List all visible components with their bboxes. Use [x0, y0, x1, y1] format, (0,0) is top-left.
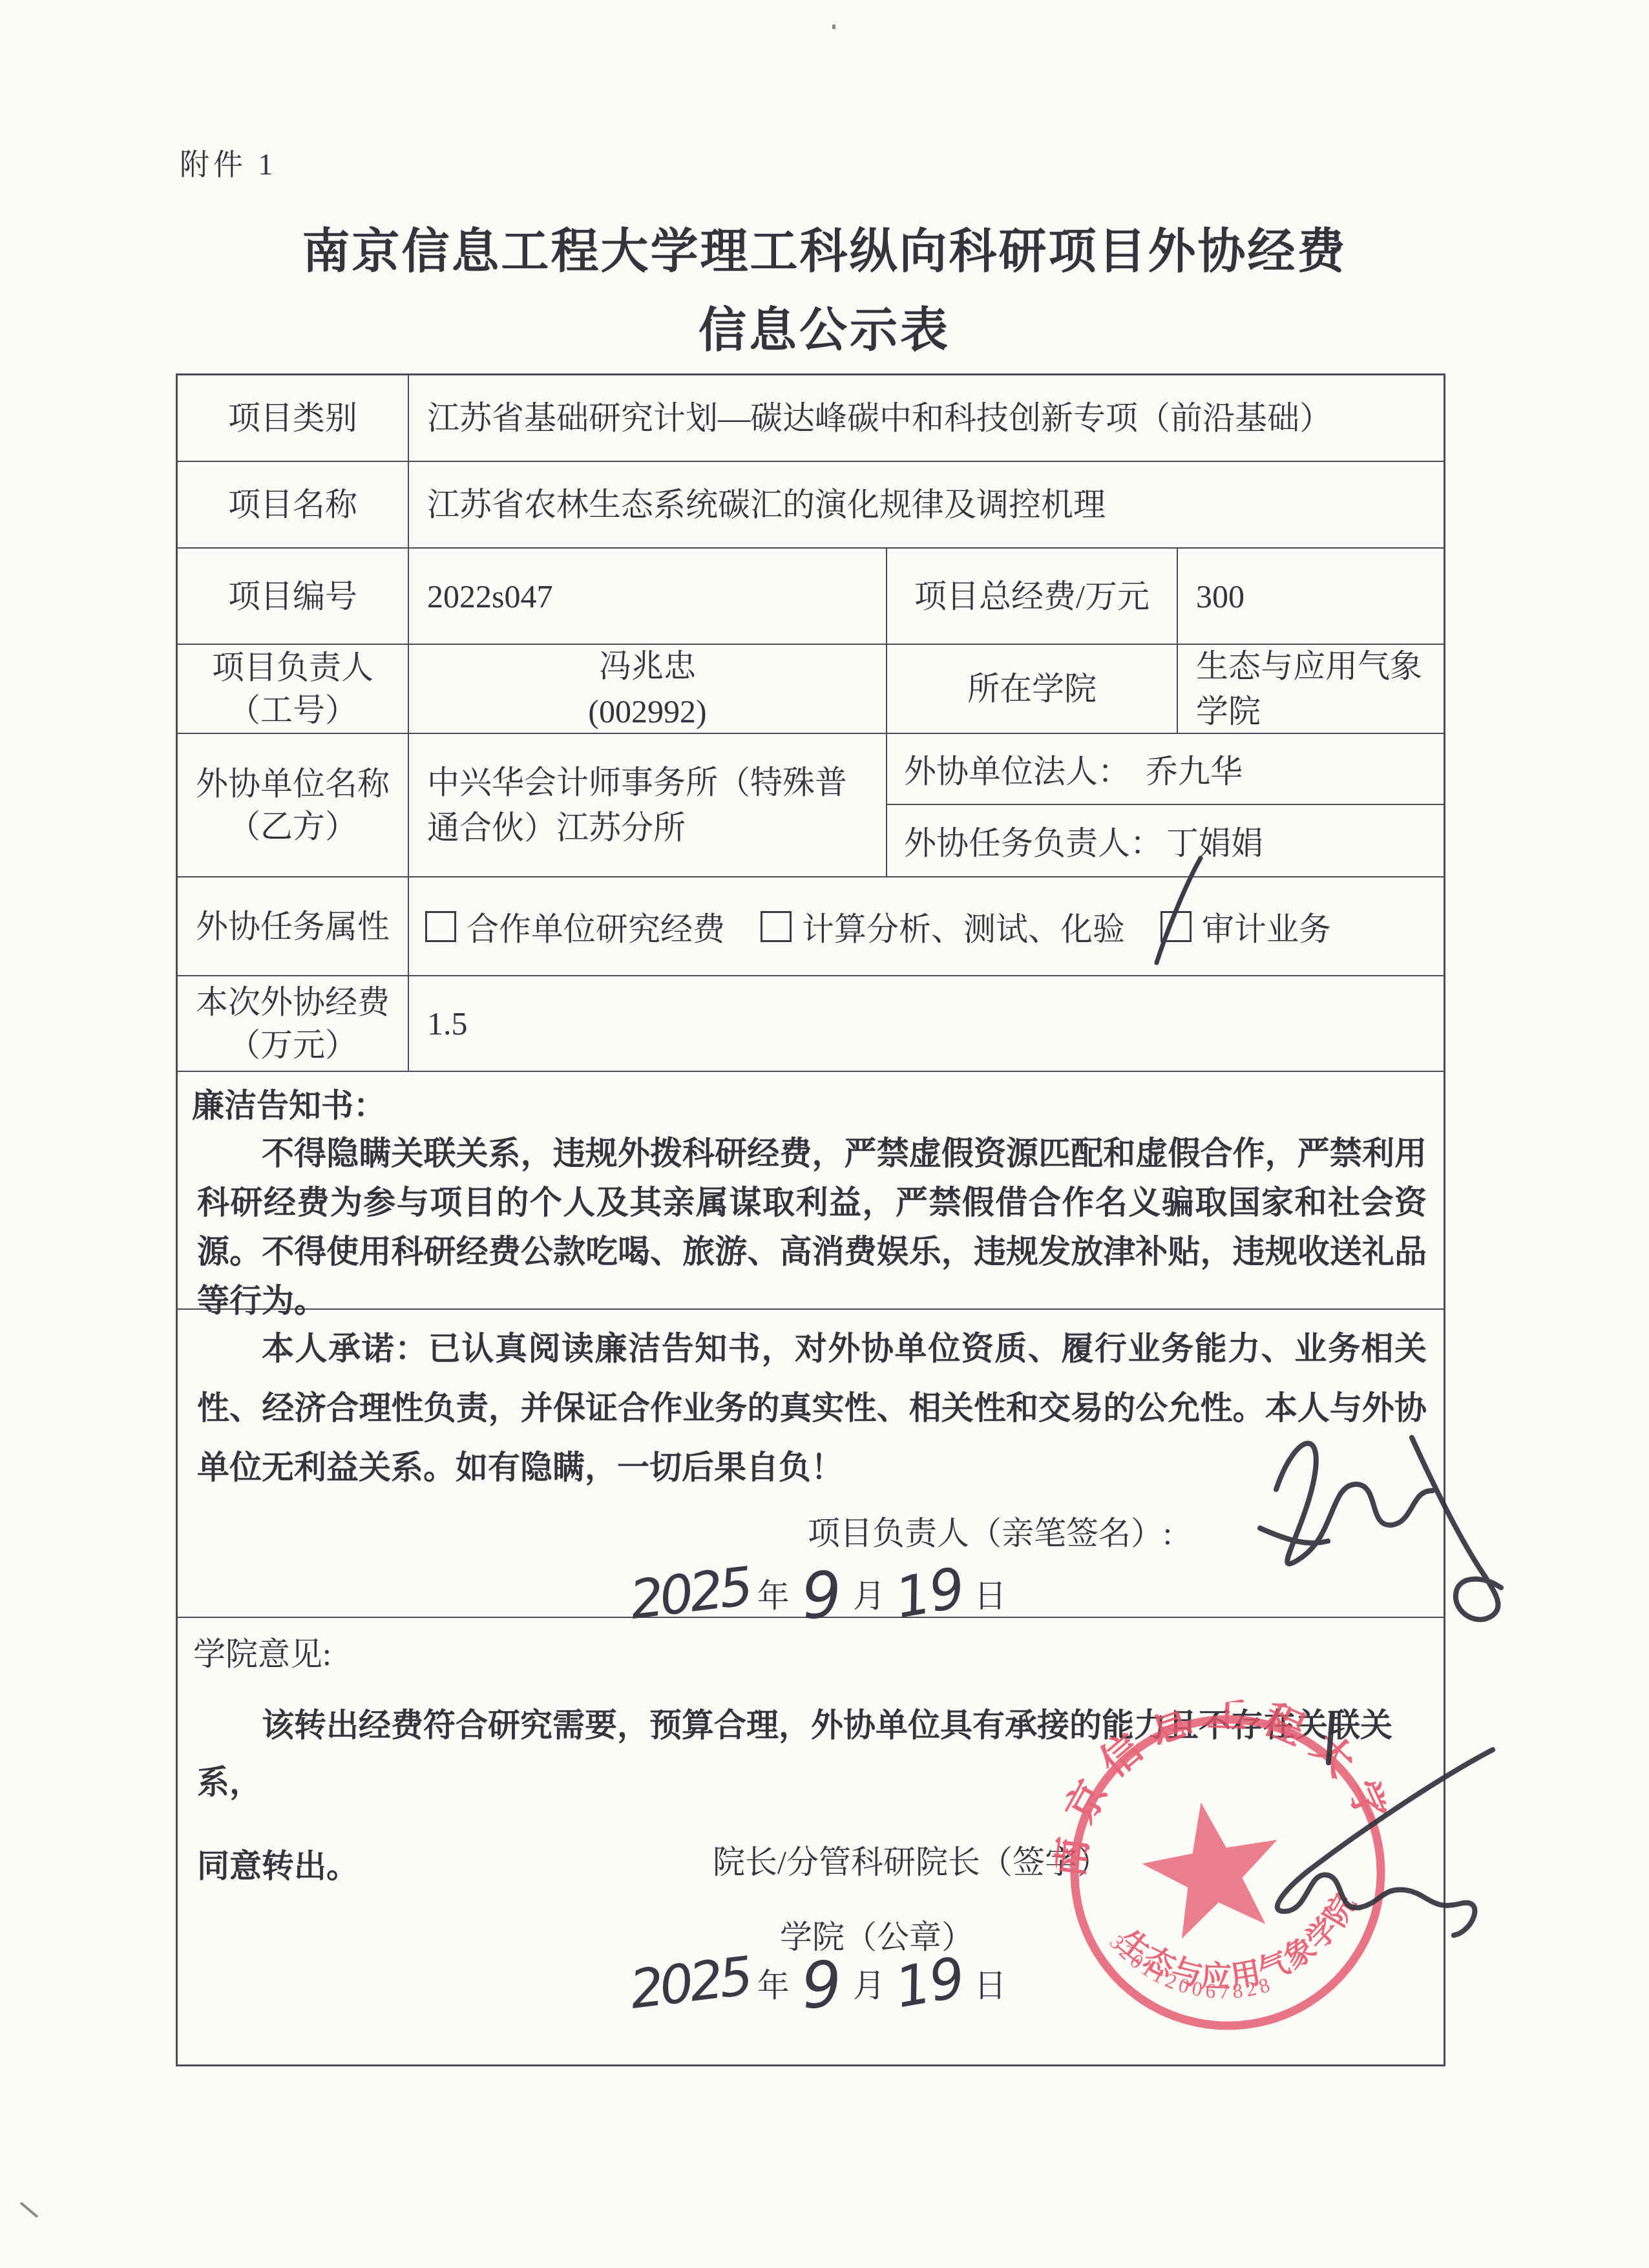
scanned-form-page: 附件 1 南京信息工程大学理工科纵向科研项目外协经费 信息公示表 项目类别 江苏… [0, 0, 1649, 2268]
leader-id: (002992) [588, 689, 706, 734]
task-leader-value: 丁娟娟 [1166, 817, 1263, 864]
commitment-date: 2025 年 9 月 19 日 [630, 1557, 1014, 1630]
scan-speck [832, 25, 835, 29]
option-audit: 审计业务 [1161, 903, 1331, 950]
form-title-line2: 信息公示表 [0, 292, 1649, 361]
project-category-label: 项目类别 [178, 375, 409, 461]
task-leader-line: 外协任务负责人： 丁娟娟 [887, 805, 1444, 876]
leader-value: 冯兆忠 (002992) [409, 645, 887, 733]
stamp-star-icon [1133, 1790, 1292, 1944]
college-opinion-date: 2025 年 9 月 19 日 [630, 1946, 1014, 2020]
row-integrity-notice: 廉洁告知书： 不得隐瞒关联关系，违规外拨科研经费，严禁虚假资源匹配和虚假合作，严… [178, 1080, 1444, 1310]
checkbox-checked-icon [1161, 911, 1192, 942]
college-opinion-title: 学院意见: [193, 1628, 1444, 1675]
integrity-notice-title: 廉洁告知书： [192, 1080, 1444, 1126]
college-stamp: 南京信息工程大学 生态与应用气象学院 3201120067828 [1033, 1678, 1422, 2067]
row-project-leader: 项目负责人 （工号） 冯兆忠 (002992) 所在学院 生态与应用气象学院 [178, 645, 1444, 734]
project-number-label: 项目编号 [178, 549, 409, 644]
college-value: 生态与应用气象学院 [1178, 645, 1444, 733]
row-task-attribute: 外协任务属性 合作单位研究经费 计算分析、测试、化验 审计业务 [178, 877, 1444, 976]
commitment-body: 本人承诺：已认真阅读廉洁告知书，对外协单位资质、履行业务能力、业务相关性、经济合… [197, 1319, 1427, 1497]
external-unit-right: 外协单位法人： 乔九华 外协任务负责人： 丁娟娟 [887, 734, 1444, 876]
checkbox-unchecked-icon [425, 911, 456, 942]
form-title-line1: 南京信息工程大学理工科纵向科研项目外协经费 [0, 213, 1649, 282]
row-project-category: 项目类别 江苏省基础研究计划—碳达峰碳中和科技创新专项（前沿基础） [178, 375, 1444, 462]
row-project-number: 项目编号 2022s047 项目总经费/万元 300 [178, 549, 1444, 645]
option-cooperation-fee: 合作单位研究经费 [425, 903, 725, 950]
project-name-value: 江苏省农林生态系统碳汇的演化规律及调控机理 [409, 462, 1444, 547]
integrity-notice-body: 不得隐瞒关联关系，违规外拨科研经费，严禁虚假资源匹配和虚假合作，严禁利用科研经费… [197, 1129, 1427, 1325]
project-category-value: 江苏省基础研究计划—碳达峰碳中和科技创新专项（前沿基础） [409, 375, 1444, 461]
task-attr-label: 外协任务属性 [178, 877, 409, 975]
current-fee-value: 1.5 [409, 976, 1444, 1071]
row-current-fee: 本次外协经费 （万元） 1.5 [178, 976, 1444, 1072]
legal-person-label: 外协单位法人： [904, 746, 1130, 792]
total-budget-value: 300 [1178, 549, 1444, 644]
leader-name: 冯兆忠 [599, 644, 696, 689]
legal-person-value: 乔九华 [1146, 746, 1243, 792]
option-analysis-test: 计算分析、测试、化验 [761, 903, 1125, 950]
task-attr-options: 合作单位研究经费 计算分析、测试、化验 审计业务 [409, 877, 1444, 975]
total-budget-label: 项目总经费/万元 [887, 549, 1178, 644]
dean-signature-label: 院长/分管科研院长（签字） [713, 1836, 1109, 1883]
row-commitment: 本人承诺：已认真阅读廉洁告知书，对外协单位资质、履行业务能力、业务相关性、经济合… [178, 1319, 1444, 1618]
legal-person-line: 外协单位法人： 乔九华 [887, 734, 1444, 805]
leader-signature-label: 项目负责人（亲笔签名）: [808, 1507, 1172, 1554]
checkbox-unchecked-icon [761, 911, 792, 942]
row-external-unit: 外协单位名称 （乙方） 中兴华会计师事务所（特殊普通合伙）江苏分所 外协单位法人… [178, 734, 1444, 877]
task-leader-label: 外协任务负责人： [904, 817, 1162, 864]
project-name-label: 项目名称 [178, 462, 409, 547]
row-project-name: 项目名称 江苏省农林生态系统碳汇的演化规律及调控机理 [178, 462, 1444, 549]
current-fee-label: 本次外协经费 （万元） [178, 976, 409, 1071]
attachment-label: 附件 1 [180, 141, 277, 184]
college-label: 所在学院 [887, 645, 1178, 733]
external-unit-value: 中兴华会计师事务所（特殊普通合伙）江苏分所 [409, 734, 887, 876]
external-unit-label: 外协单位名称 （乙方） [178, 734, 409, 876]
leader-label: 项目负责人 （工号） [178, 645, 409, 733]
project-number-value: 2022s047 [409, 549, 887, 644]
scan-speck [20, 2202, 39, 2218]
